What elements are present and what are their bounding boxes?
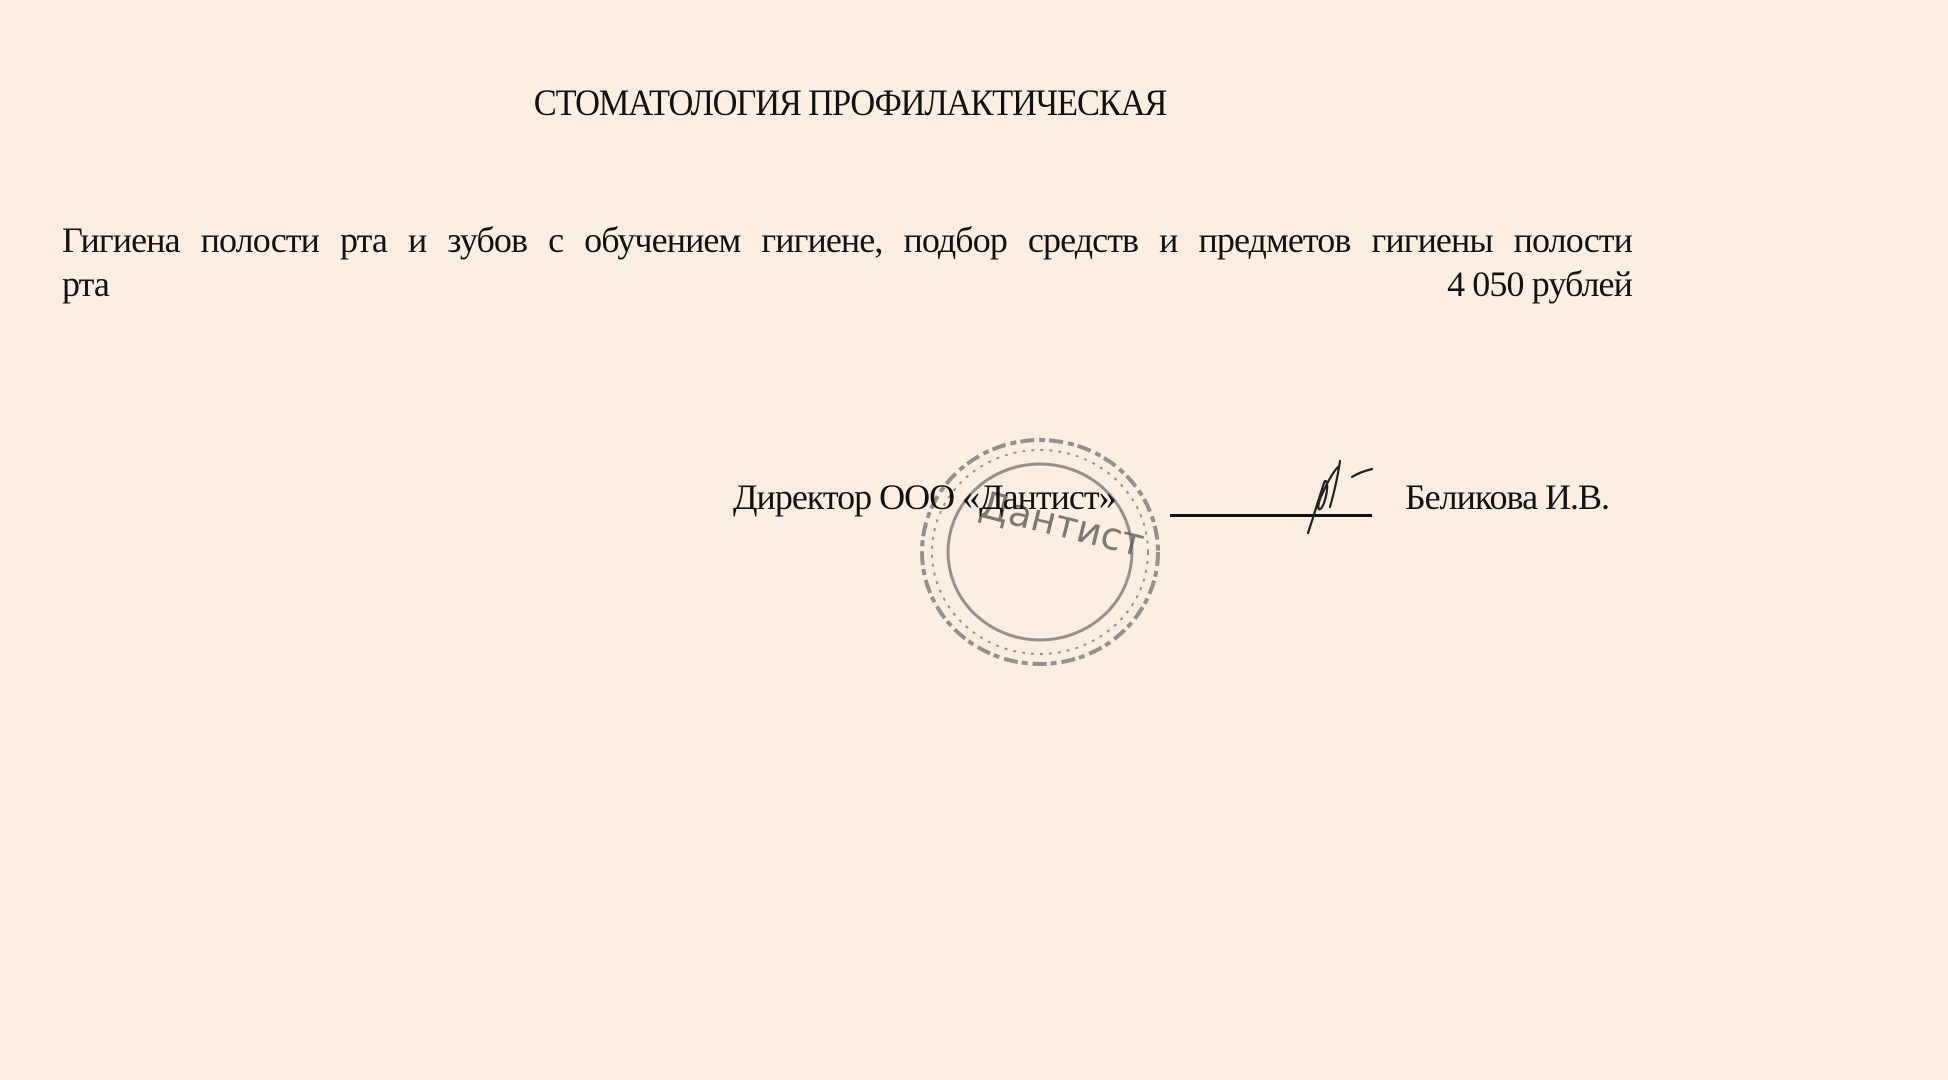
- handwritten-signature-icon: [1280, 455, 1390, 535]
- service-name-line2: рта: [62, 262, 109, 306]
- service-name-line1: Гигиена полости рта и зубов с обучением …: [62, 218, 1632, 262]
- document-title: СТОМАТОЛОГИЯ ПРОФИЛАКТИЧЕСКАЯ: [60, 82, 1641, 125]
- director-title: Директор ООО «Дантист»: [733, 476, 1116, 518]
- service-entry: Гигиена полости рта и зубов с обучением …: [62, 218, 1632, 306]
- signer-name: Беликова И.В.: [1405, 476, 1609, 518]
- company-stamp-icon: Дантист: [915, 432, 1165, 672]
- service-price: 4 050 рублей: [1447, 262, 1632, 306]
